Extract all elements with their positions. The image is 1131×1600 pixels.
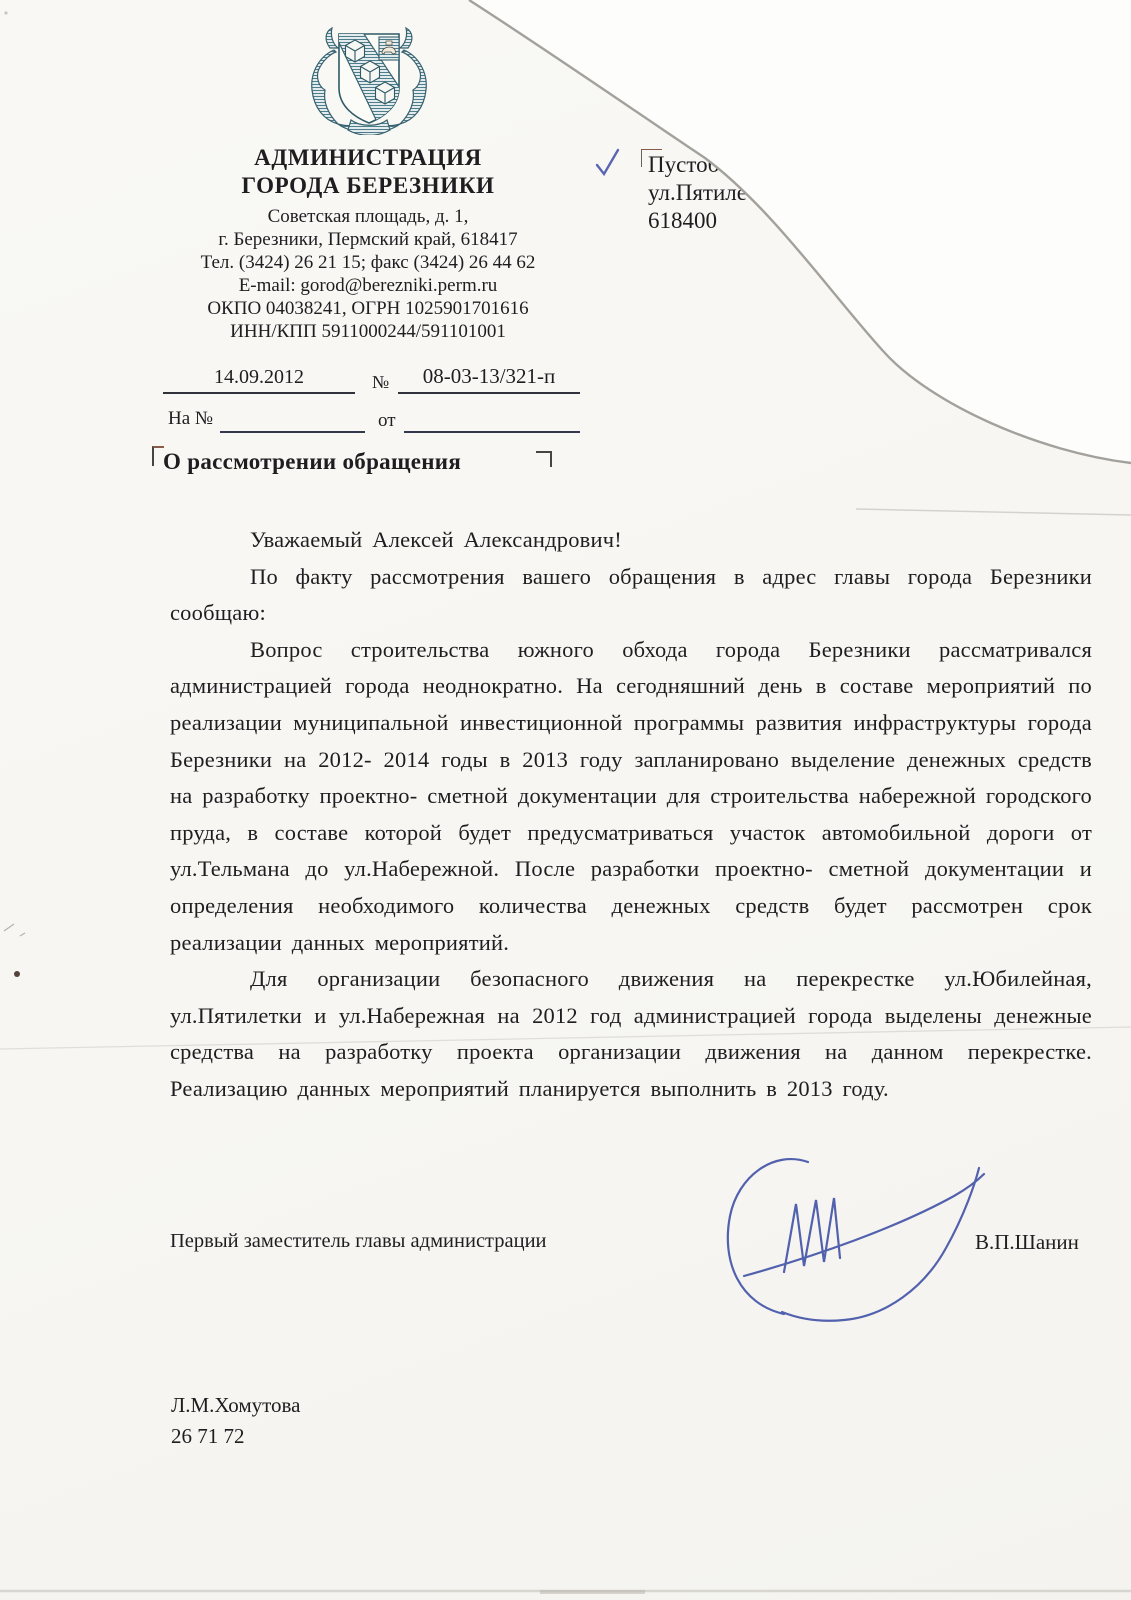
letter-date: 14.09.2012 xyxy=(163,366,355,394)
greeting-line: Уважаемый Алексей Александрович! xyxy=(170,522,1092,559)
executor-block: Л.М.Хомутова 26 71 72 xyxy=(171,1390,301,1452)
subject-line: О рассмотрении обращения xyxy=(163,449,461,475)
coat-of-arms-icon xyxy=(294,20,444,135)
signer-name: В.П.Шанин xyxy=(975,1230,1079,1255)
letterhead: АДМИНИСТРАЦИЯ ГОРОДА БЕРЕЗНИКИ Советская… xyxy=(148,144,588,343)
signer-title: Первый заместитель главы администрации xyxy=(170,1230,547,1253)
fold-crease-line xyxy=(856,509,1131,515)
scan-speck xyxy=(4,11,7,14)
address-line: Советская площадь, д. 1, xyxy=(148,205,588,228)
address-line: ИНН/КПП 5911000244/591101001 xyxy=(148,320,588,343)
address-line: ОКПО 04038241, ОГРН 1025901701616 xyxy=(148,297,588,320)
address-line: E-mail: gorod@berezniki.perm.ru xyxy=(148,274,588,297)
number-sign-label: № xyxy=(372,372,389,393)
executor-phone: 26 71 72 xyxy=(171,1421,301,1452)
checkmark-icon xyxy=(594,146,622,180)
reply-to-label: На № xyxy=(168,408,213,430)
body-paragraph: По факту рассмотрения вашего обращения в… xyxy=(170,559,1092,632)
scanned-letter-page: АДМИНИСТРАЦИЯ ГОРОДА БЕРЕЗНИКИ Советская… xyxy=(0,0,1131,1600)
reply-date-blank-line xyxy=(404,408,580,433)
recipient-block: Пустоб ул.Пятиле 618400 xyxy=(648,151,747,235)
recipient-name: Пустоб xyxy=(648,151,747,179)
reply-number-blank-line xyxy=(220,408,365,433)
address-line: г. Березники, Пермский край, 618417 xyxy=(148,228,588,251)
letter-number: 08-03-13/321-п xyxy=(398,364,580,394)
recipient-postcode: 618400 xyxy=(648,207,747,235)
recipient-street: ул.Пятиле xyxy=(648,179,747,207)
address-line: Тел. (3424) 26 21 15; факс (3424) 26 44 … xyxy=(148,251,588,274)
org-name-line2: ГОРОДА БЕРЕЗНИКИ xyxy=(148,172,588,200)
margin-speck xyxy=(4,924,25,936)
signature-scribble-icon xyxy=(686,1140,988,1342)
org-address-block: Советская площадь, д. 1, г. Березники, П… xyxy=(148,205,588,343)
corner-mark-icon xyxy=(641,149,662,167)
from-label: от xyxy=(378,410,396,432)
corner-mark-icon xyxy=(536,451,552,467)
org-name-line1: АДМИНИСТРАЦИЯ xyxy=(148,144,588,172)
body-paragraph: Для организации безопасного движения на … xyxy=(170,961,1092,1107)
body-paragraph: Вопрос строительства южного обхода город… xyxy=(170,632,1092,961)
executor-name: Л.М.Хомутова xyxy=(171,1390,301,1421)
ink-speck xyxy=(14,971,20,977)
letter-body: Уважаемый Алексей Александрович! По факт… xyxy=(170,522,1092,1108)
